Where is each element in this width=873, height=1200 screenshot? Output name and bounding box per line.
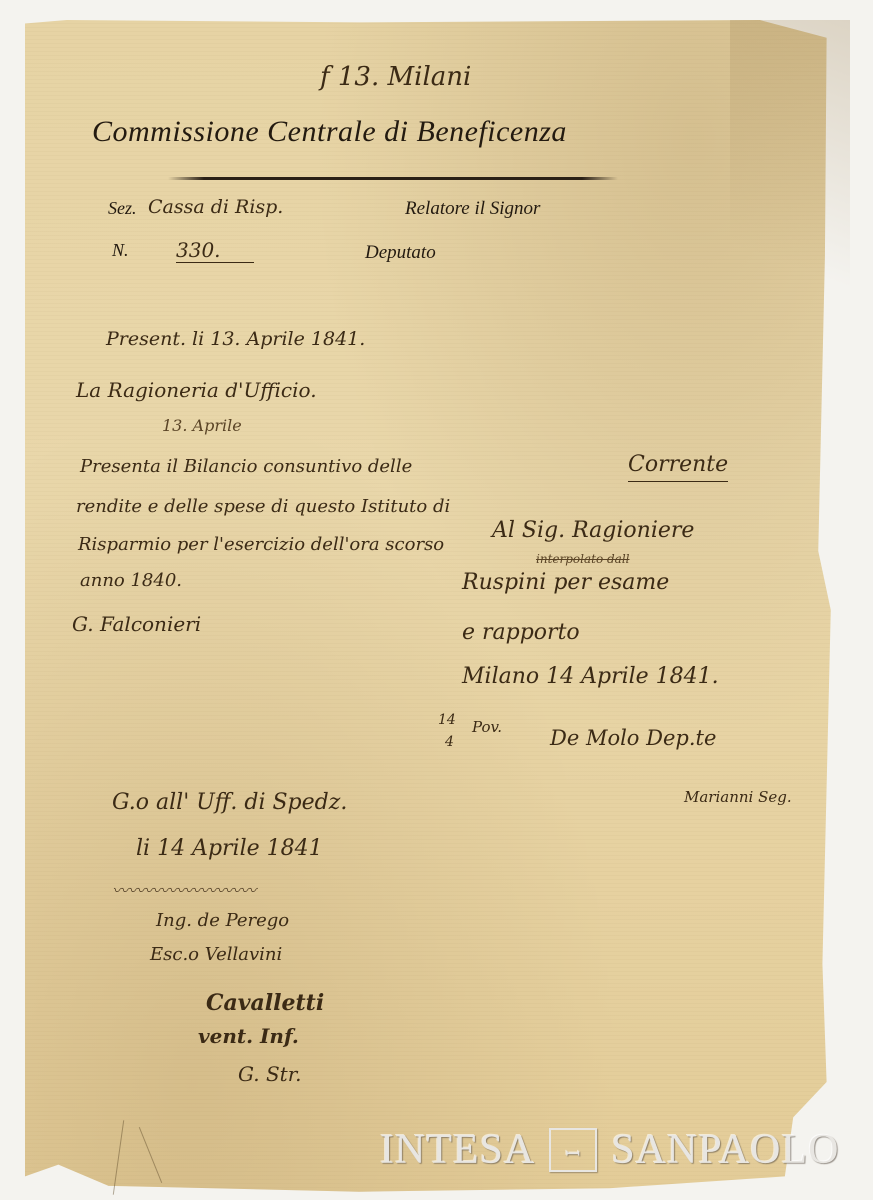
dispatch-line: G.o all' Uff. di Spedz. <box>112 790 347 815</box>
fraction-top: 14 <box>438 712 456 728</box>
title-rule <box>168 177 618 180</box>
addressee-line: Ruspini per esame <box>462 570 669 595</box>
relatore-label: Relatore il Signor <box>405 198 540 220</box>
addressee-line: e rapporto <box>462 620 580 645</box>
fraction-bottom: 4 <box>445 734 454 750</box>
body-line: Risparmio per l'esercizio dell'ora scors… <box>78 534 444 555</box>
document-title: Commissione Centrale di Beneficenza <box>92 115 567 149</box>
number-label: N. <box>112 240 129 261</box>
addressee-line: Al Sig. Ragioniere <box>492 518 694 543</box>
fraction-note: Pov. <box>472 718 502 736</box>
section-value: Cassa di Risp. <box>148 196 283 218</box>
origin-date: 13. Aprile <box>162 416 242 435</box>
clerk-signature: G. Falconieri <box>72 612 201 636</box>
protocol-number: 330. <box>176 238 254 263</box>
body-line: rendite e delle spese di questo Istituto… <box>76 496 450 517</box>
watermark-left: INTESA <box>380 1126 535 1174</box>
watermark-logo-icon: ꟷ <box>549 1128 597 1172</box>
signature: Esc.o Vellavini <box>150 944 282 965</box>
deputato-label: Deputato <box>365 242 436 264</box>
deputy-signature: De Molo Dep.te <box>550 726 716 750</box>
section-label: Sez. <box>108 198 137 219</box>
corrente-heading: Corrente <box>628 452 728 482</box>
issue-date: Milano 14 Aprile 1841. <box>462 664 719 689</box>
signature: vent. Inf. <box>198 1024 299 1048</box>
origin-office: La Ragioneria d'Ufficio. <box>76 378 317 402</box>
body-line: anno 1840. <box>80 570 182 591</box>
watermark: INTESA ꟷ SANPAOLO <box>380 1125 840 1175</box>
body-line: Presenta il Bilancio consuntivo delle <box>80 456 412 477</box>
watermark-right: SANPAOLO <box>611 1126 839 1174</box>
presented-date: Present. li 13. Aprile 1841. <box>106 328 365 350</box>
struck-insertion: interpolato dall <box>536 552 630 566</box>
signature: Ing. de Perego <box>156 910 289 931</box>
signature: G. Str. <box>238 1062 301 1086</box>
signature: Cavalletti <box>206 990 324 1016</box>
dispatch-date: li 14 Aprile 1841 <box>136 836 323 861</box>
flourish: 〰〰〰〰〰〰〰〰〰 <box>112 878 256 901</box>
secretary-signature: Marianni Seg. <box>684 788 792 806</box>
archive-note: f 13. Milani <box>320 62 471 92</box>
